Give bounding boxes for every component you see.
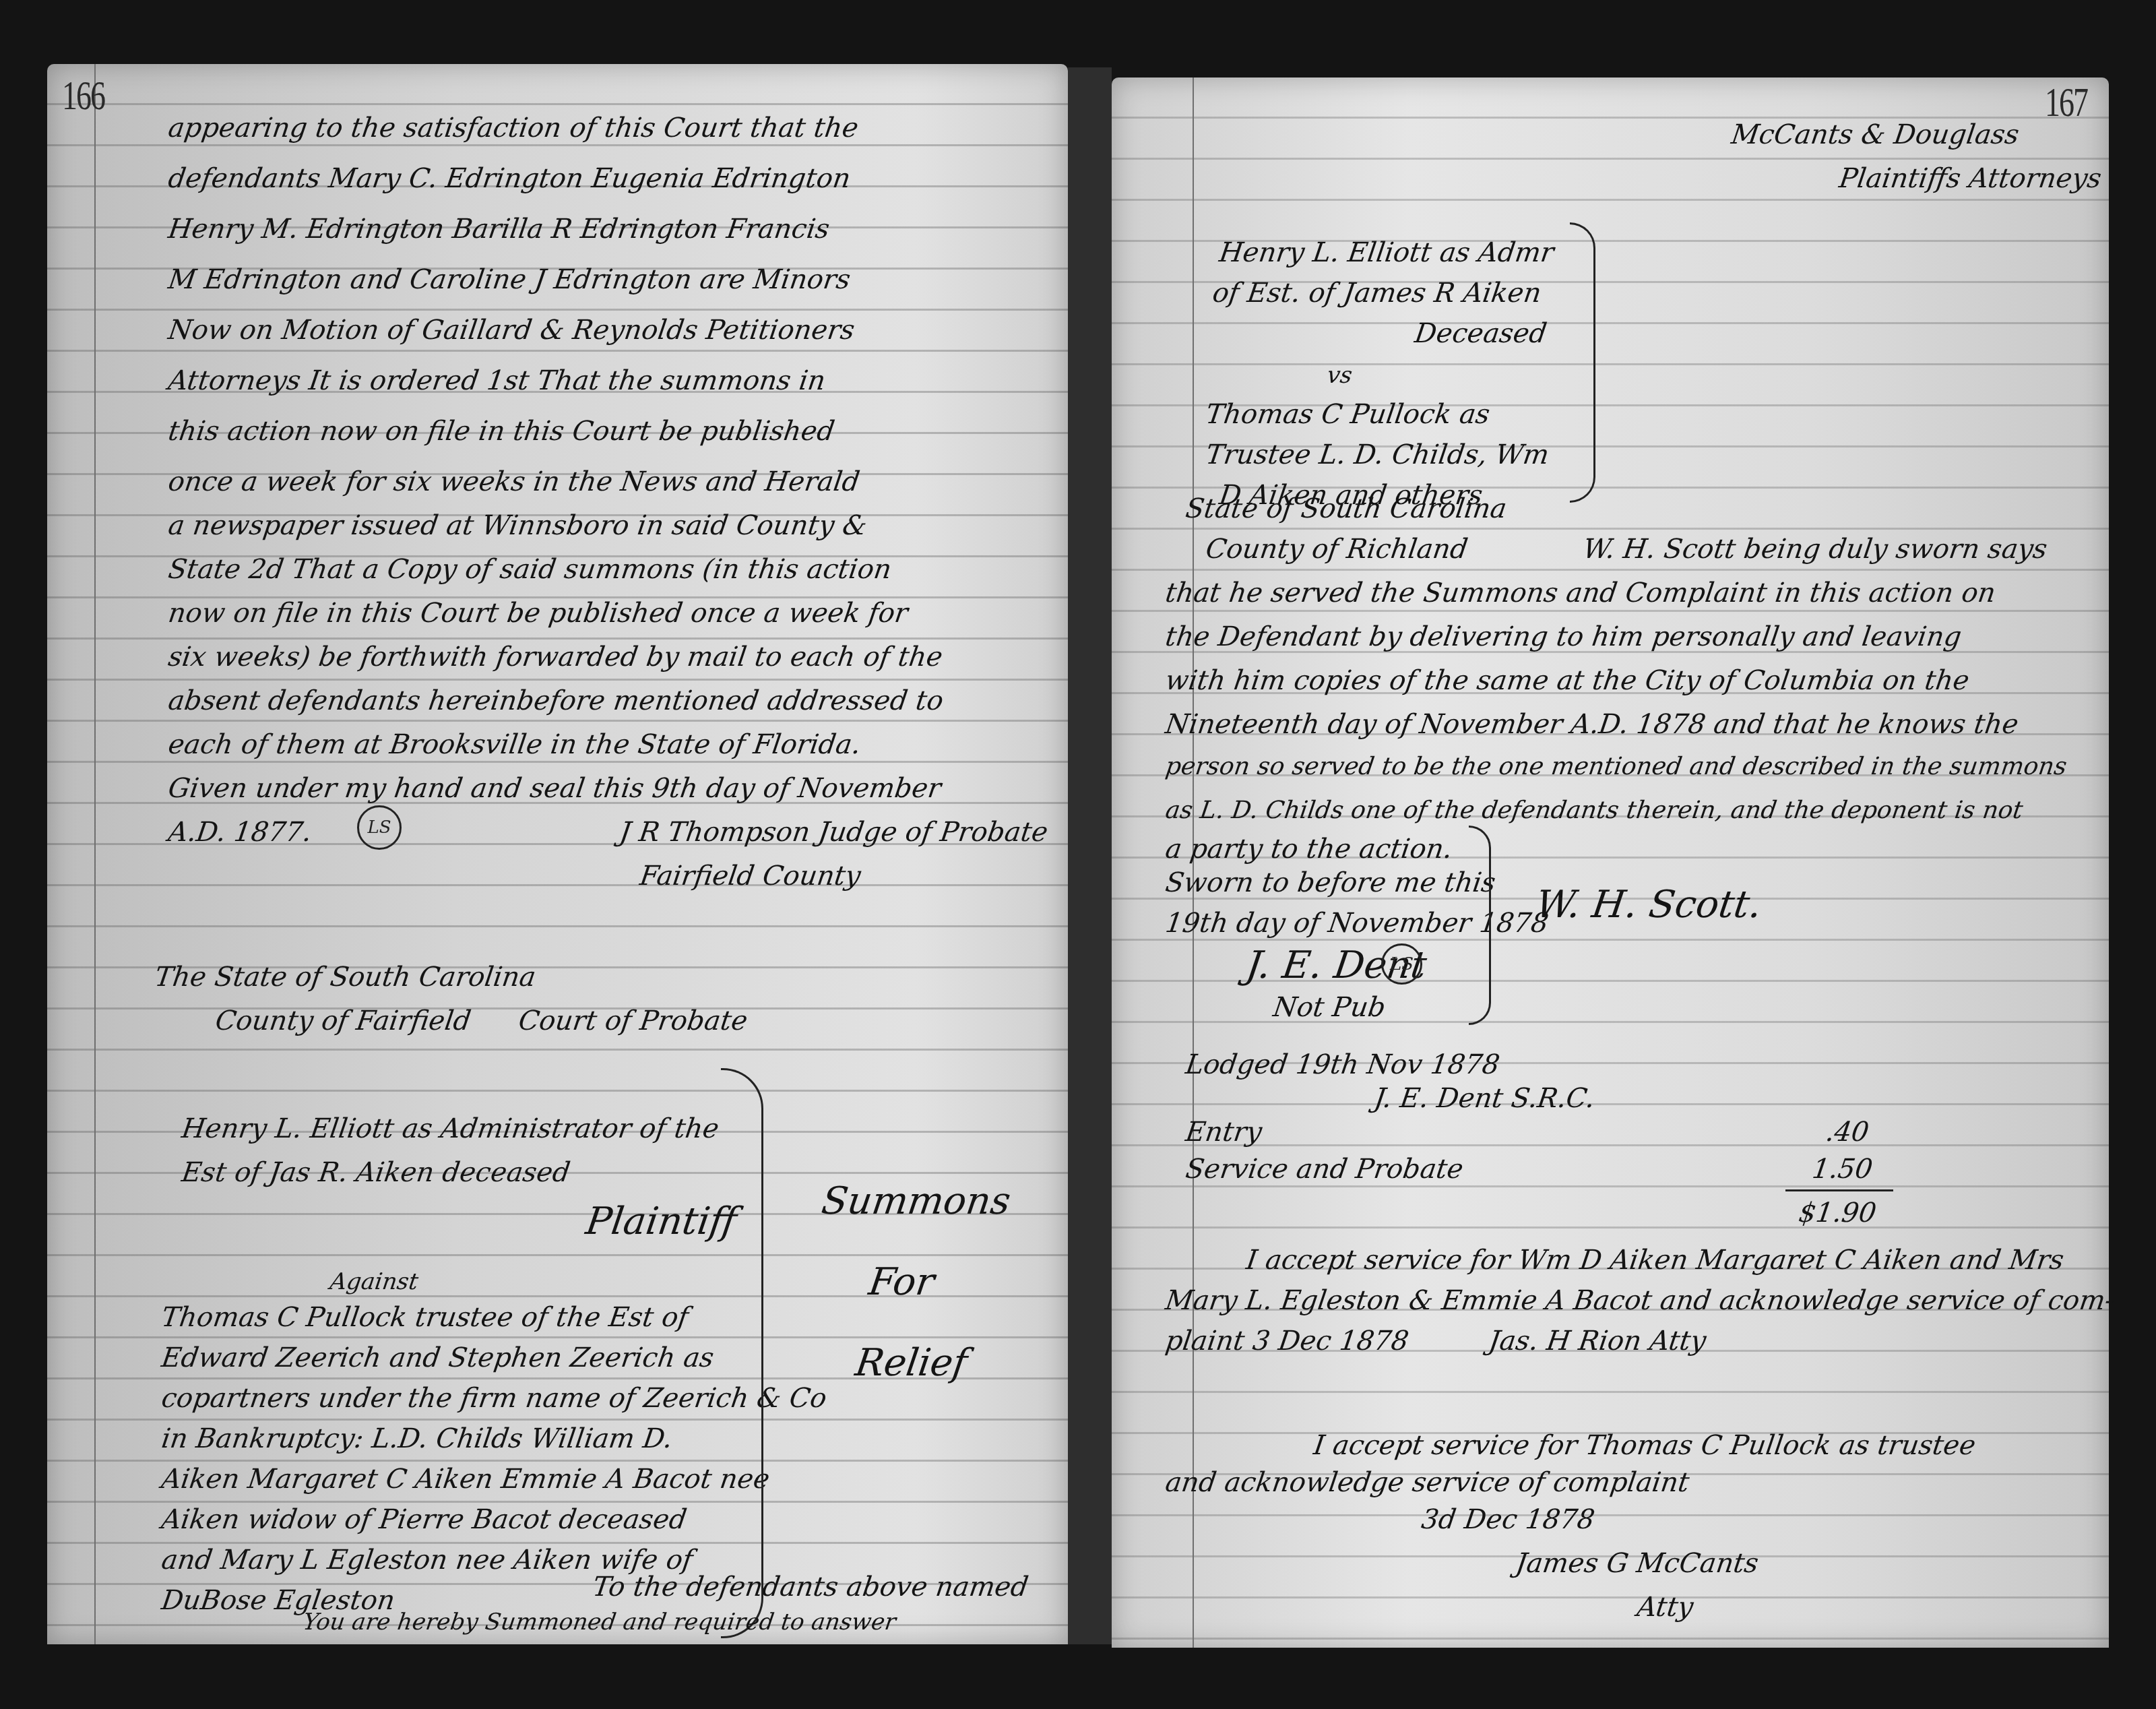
- acceptance-2-date: 3d Dec 1878: [1420, 1506, 1596, 1533]
- case-caption-line: Trustee L. D. Childs, Wm: [1204, 441, 1550, 468]
- side-title-for: For: [866, 1264, 937, 1301]
- order-line: defendants Mary C. Edrington Eugenia Edr…: [166, 165, 852, 192]
- side-title-relief: Relief: [853, 1344, 970, 1382]
- case-caption-line: of Est. of James R Aiken: [1211, 280, 1543, 307]
- page-number-167: 167: [2045, 78, 2087, 127]
- jurat-title: Not Pub: [1271, 994, 1387, 1021]
- acceptance-2-line: and acknowledge service of complaint: [1164, 1469, 1691, 1496]
- affiant-signature: W. H. Scott.: [1533, 886, 1764, 924]
- book-gutter: [1068, 67, 1112, 1644]
- jurat-line: Sworn to before me this: [1164, 869, 1497, 896]
- acceptance-2-line: I accept service for Thomas C Pullock as…: [1312, 1432, 1977, 1459]
- acceptance-1-line: plaint 3 Dec 1878: [1164, 1328, 1410, 1355]
- lodged-line: Lodged 19th Nov 1878: [1184, 1051, 1501, 1078]
- acceptance-1-signature: Jas. H Rion Atty: [1487, 1328, 1707, 1355]
- defendant-line: and Mary L Egleston nee Aiken wife of: [160, 1547, 694, 1574]
- plaintiff-label: Plaintiff: [583, 1203, 739, 1241]
- summons-line: You are hereby Summoned and required to …: [302, 1611, 897, 1634]
- left-margin-line: [94, 64, 96, 1644]
- affidavit-line: person so served to be the one mentioned…: [1164, 755, 2068, 779]
- order-line: absent defendants hereinbefore mentioned…: [166, 687, 945, 714]
- case-caption-brace: [1570, 222, 1595, 503]
- caption-court: Court of Probate: [517, 1007, 749, 1034]
- order-line: Given under my hand and seal this 9th da…: [166, 775, 943, 802]
- order-line: Henry M. Edrington Barilla R Edrington F…: [166, 216, 831, 243]
- acceptance-2-atty: Atty: [1635, 1594, 1695, 1621]
- left-page: 166 appearing to the satisfaction of thi…: [47, 64, 1068, 1644]
- page-number-166: 166: [62, 71, 104, 120]
- order-line: Now on Motion of Gaillard & Reynolds Pet…: [166, 317, 856, 344]
- fee-label-entry: Entry: [1184, 1119, 1263, 1146]
- order-line: A.D. 1877.: [166, 819, 313, 846]
- case-caption-line: Henry L. Elliott as Admr: [1217, 239, 1556, 266]
- case-caption-line: Deceased: [1413, 320, 1548, 347]
- acceptance-2-signature: James G McCants: [1514, 1550, 1760, 1577]
- caption-state: The State of South Carolina: [153, 964, 537, 991]
- judge-county: Fairfield County: [638, 863, 862, 890]
- parties-brace: [721, 1068, 763, 1638]
- acceptance-1-line: I accept service for Wm D Aiken Margaret…: [1244, 1247, 2066, 1274]
- case-caption-vs: vs: [1326, 364, 1354, 387]
- jurat-seal: LS: [1381, 943, 1422, 985]
- affidavit-line: with him copies of the same at the City …: [1164, 667, 1971, 694]
- affidavit-line: as L. D. Childs one of the defendants th…: [1164, 799, 2024, 823]
- defendant-line: Edward Zeerich and Stephen Zeerich as: [160, 1344, 716, 1371]
- caption-county: County of Fairfield: [214, 1007, 472, 1034]
- jurat-brace: [1469, 826, 1491, 1025]
- order-line: once a week for six weeks in the News an…: [166, 468, 861, 495]
- defendant-line: Aiken Margaret C Aiken Emmie A Bacot nee: [160, 1466, 771, 1493]
- summons-line: To the defendants above named: [591, 1574, 1030, 1601]
- affidavit-line: a party to the action.: [1164, 836, 1454, 863]
- right-page: 167 McCants & Douglass Plaintiffs Attorn…: [1112, 77, 2109, 1648]
- attorneys-firm: McCants & Douglass: [1730, 121, 2021, 148]
- attorneys-role: Plaintiffs Attorneys: [1837, 165, 2103, 192]
- order-line: this action now on file in this Court be…: [166, 418, 836, 445]
- defendant-line: in Bankruptcy: L.D. Childs William D.: [160, 1425, 674, 1452]
- order-line: Attorneys It is ordered 1st That the sum…: [166, 367, 827, 394]
- fee-total-rule: [1785, 1189, 1893, 1191]
- defendant-line: Thomas C Pullock trustee of the Est of: [160, 1304, 690, 1331]
- fee-amount-entry: .40: [1824, 1119, 1870, 1146]
- acceptance-1-line: Mary L. Egleston & Emmie A Bacot and ack…: [1164, 1287, 2116, 1314]
- affidavit-state: State of South Carolina: [1184, 495, 1509, 522]
- jurat-line: 19th day of November 1878: [1164, 910, 1550, 937]
- order-line: M Edrington and Caroline J Edrington are…: [166, 266, 852, 293]
- affidavit-line: the Defendant by delivering to him perso…: [1164, 623, 1963, 650]
- defendant-line: Aiken widow of Pierre Bacot deceased: [160, 1506, 688, 1533]
- affidavit-line: Nineteenth day of November A.D. 1878 and…: [1164, 711, 2020, 738]
- order-line: now on file in this Court be published o…: [166, 600, 910, 627]
- order-line: State 2d That a Copy of said summons (in…: [166, 556, 893, 583]
- fee-label-service: Service and Probate: [1184, 1156, 1465, 1183]
- order-line: each of them at Brooksville in the State…: [166, 731, 862, 758]
- order-line: a newspaper issued at Winnsboro in said …: [166, 512, 868, 539]
- affidavit-county: County of Richland: [1204, 536, 1469, 563]
- affidavit-line: that he served the Summons and Complaint…: [1164, 580, 1997, 607]
- judge-signature: J R Thompson Judge of Probate: [618, 819, 1050, 846]
- affidavit-line: W. H. Scott being duly sworn says: [1581, 536, 2049, 563]
- order-line: appearing to the satisfaction of this Co…: [166, 115, 860, 142]
- order-line: six weeks) be forthwith forwarded by mai…: [166, 644, 944, 671]
- ls-seal-mark: LS: [357, 805, 402, 850]
- fee-amount-total: $1.90: [1797, 1200, 1878, 1226]
- plaintiff-line: Est of Jas R. Aiken deceased: [180, 1159, 571, 1186]
- against-label: Against: [329, 1270, 420, 1293]
- plaintiff-line: Henry L. Elliott as Administrator of the: [180, 1115, 720, 1142]
- case-caption-line: Thomas C Pullock as: [1204, 401, 1492, 428]
- side-title-summons: Summons: [819, 1183, 1013, 1220]
- fee-amount-service: 1.50: [1810, 1156, 1874, 1183]
- lodged-signature: J. E. Dent S.R.C.: [1372, 1085, 1596, 1112]
